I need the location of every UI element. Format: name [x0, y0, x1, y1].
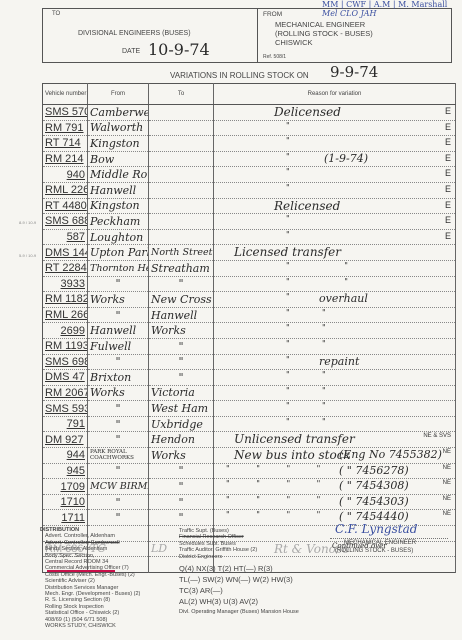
from-cell: "	[88, 510, 149, 526]
from-cell: "	[88, 307, 149, 323]
reason-cell: " " " "( " 7454308)NE	[214, 479, 456, 495]
table-row: DMS 47Brixton"""	[43, 370, 456, 386]
reason-text: Delicensed	[274, 105, 341, 119]
distribution-list-middle: Traffic Supt. (Buses)Financial Research …	[179, 528, 299, 615]
vehicle-number-cell: RM 791	[43, 120, 88, 136]
table-row: RM 1182WorksNew Cross"overhaul	[43, 292, 456, 308]
reason-text: " " " "	[226, 510, 332, 519]
variations-table: Vehicle number From To Reason for variat…	[42, 83, 456, 573]
to-cell: Streatham	[149, 260, 214, 276]
table-row: 791"Uxbridge""	[43, 416, 456, 432]
reason-note: "	[322, 370, 326, 379]
to-cell: "	[149, 338, 214, 354]
vehicle-number-cell: DM 927	[43, 432, 88, 448]
reason-text: "	[286, 417, 316, 426]
to-label: TO	[52, 11, 60, 17]
distribution-item: District Engineers	[179, 554, 299, 560]
reason-cell: DelicensedE	[214, 105, 456, 121]
reason-text: " " " "	[226, 495, 332, 504]
to-cell: "	[149, 479, 214, 495]
from-cell: "	[88, 463, 149, 479]
to-cell: North Street	[149, 245, 214, 261]
from-cell: PARK ROYAL COACHWORKS	[88, 448, 149, 464]
reason-cell: ""	[214, 323, 456, 339]
reason-note: ( " 7456278)	[339, 464, 409, 477]
annotation-initials-second: Mel CLO JAH	[322, 9, 377, 18]
reason-text: "	[286, 308, 316, 317]
signature: C.F. Lyngstad	[335, 522, 417, 536]
from-cell: Kingston	[88, 198, 149, 214]
reason-text: "	[286, 401, 316, 410]
reason-cell: ""	[214, 338, 456, 354]
to-cell: "	[149, 354, 214, 370]
table-row: 1710""" " " "( " 7454303)NE	[43, 494, 456, 510]
variation-code: E	[445, 168, 451, 178]
vehicle-number-cell: 3933	[43, 276, 88, 292]
variation-code: E	[445, 231, 451, 241]
from-cell: Brixton	[88, 370, 149, 386]
reason-cell: "E	[214, 182, 456, 198]
vehicle-number-cell: RM 214	[43, 151, 88, 167]
distribution-item: WORKS STUDY, CHISWICK	[45, 623, 140, 629]
reason-cell: RelicensedE	[214, 198, 456, 214]
from-cell: "	[88, 276, 149, 292]
table-row: DM 927"HendonUnlicensed transferNE & SVS	[43, 432, 456, 448]
vehicle-number-cell: RM 1193	[43, 338, 88, 354]
header-vehicle-number: Vehicle number	[43, 84, 88, 105]
reason-cell: "E	[214, 214, 456, 230]
from-cell: Upton Park	[88, 245, 149, 261]
margin-note: 8-9 / 10-9	[19, 220, 36, 225]
depot-allocation-line: TL(—) SW(2) WN(—) W(2) HW(3)	[179, 574, 299, 585]
reason-cell: "overhaul	[214, 292, 456, 308]
to-cell: "	[149, 494, 214, 510]
vehicle-number-cell: RT 714	[43, 136, 88, 152]
variation-code: E	[445, 215, 451, 225]
vehicle-number-cell: SMS 688	[43, 214, 88, 230]
reason-text: "	[286, 355, 316, 364]
reason-text: Relicensed	[274, 199, 340, 213]
vehicle-number-cell: RM 1182	[43, 292, 88, 308]
variation-code: NE	[443, 496, 451, 502]
to-cell: Hanwell	[149, 307, 214, 323]
vehicle-number-cell: RML 2266	[43, 182, 88, 198]
table-row: SMS 698"""repaint	[43, 354, 456, 370]
reason-text: " " " "	[226, 479, 332, 488]
from-cell: Kingston	[88, 136, 149, 152]
reason-note: (1-9-74)	[324, 152, 368, 165]
table-row: SMS 593"West Ham""	[43, 401, 456, 417]
from-cell: "	[88, 354, 149, 370]
vehicle-number-cell: 944	[43, 448, 88, 464]
reason-text: "	[286, 136, 316, 145]
vehicle-number-cell: DMS 1449	[43, 245, 88, 261]
reason-note: repaint	[319, 355, 359, 368]
reason-cell: Licensed transfer	[214, 245, 456, 261]
from-cell: Middle Row	[88, 167, 149, 183]
variation-code: NE	[443, 465, 451, 471]
to-cell: "	[149, 463, 214, 479]
reason-note: "	[322, 386, 326, 395]
reason-cell: "E	[214, 167, 456, 183]
reason-text: " " " "	[226, 464, 332, 473]
reason-text: Licensed transfer	[234, 245, 341, 259]
depot-allocation-line: AL(2) WH(3) U(3) AV(2)	[179, 596, 299, 607]
reason-cell: "E	[214, 136, 456, 152]
reason-cell: " "	[214, 276, 456, 292]
vehicle-number-cell: SMS 570	[43, 105, 88, 121]
to-cell: "	[149, 370, 214, 386]
table-row: RT 4480KingstonRelicensedE	[43, 198, 456, 214]
annotation-initials: MM | CWF | A.M | M. Marshall	[322, 0, 447, 9]
reason-note: (Eng No 7455382)	[339, 448, 442, 461]
table-row: RT 714Kingston"E	[43, 136, 456, 152]
reason-cell: ""	[214, 385, 456, 401]
reason-cell: ""	[214, 416, 456, 432]
reason-cell: "repaint	[214, 354, 456, 370]
reason-cell: ""	[214, 370, 456, 386]
to-cell: Hendon	[149, 432, 214, 448]
reason-text: "	[286, 339, 316, 348]
vehicle-number-cell: RML 2667	[43, 307, 88, 323]
reason-text: Unlicensed transfer	[234, 432, 355, 446]
from-label: FROM	[263, 11, 282, 18]
reason-text: "	[286, 230, 316, 239]
vehicle-number-cell: 587	[43, 229, 88, 245]
variation-code: E	[445, 200, 451, 210]
to-cell: Uxbridge	[149, 416, 214, 432]
from-cell: Works	[88, 292, 149, 308]
to-cell: Victoria	[149, 385, 214, 401]
to-cell	[149, 151, 214, 167]
from-cell: Fulwell	[88, 338, 149, 354]
reason-cell: " "	[214, 260, 456, 276]
margin-note: 5-9 / 10-9	[19, 253, 36, 258]
variations-title: VARIATIONS IN ROLLING STOCK ON	[170, 71, 309, 80]
table-row: DMS 1449Upton ParkNorth StreetLicensed t…	[43, 245, 456, 261]
vehicle-number-cell: 791	[43, 416, 88, 432]
from-cell: Walworth	[88, 120, 149, 136]
variation-code: E	[445, 106, 451, 116]
table-header-row: Vehicle number From To Reason for variat…	[43, 84, 456, 105]
from-cell: Peckham	[88, 214, 149, 230]
to-cell: "	[149, 276, 214, 292]
depot-allocation-line: Q(4) NX(3) T(2) HT(—) R(3)	[179, 563, 299, 574]
vehicle-number-cell: SMS 593	[43, 401, 88, 417]
reason-note: "	[322, 339, 326, 348]
reason-cell: New bus into stock(Eng No 7455382)NE	[214, 448, 456, 464]
reason-text: "	[286, 167, 316, 176]
to-cell	[149, 182, 214, 198]
reason-text: " "	[286, 261, 374, 270]
variation-code: NE	[443, 449, 451, 455]
table-row: 1709MCW BIRMINGHAM"" " " "( " 7454308)NE	[43, 479, 456, 495]
date-value: 10-9-74	[148, 40, 210, 59]
table-row: SMS 570CamberwellDelicensedE	[43, 105, 456, 121]
vehicle-number-cell: 2699	[43, 323, 88, 339]
header-to: To	[149, 84, 214, 105]
date-label: DATE	[122, 48, 140, 55]
from-cell: Thornton Heath	[88, 260, 149, 276]
depot-allocation-line: TC(3) AR(—)	[179, 585, 299, 596]
to-cell: New Cross	[149, 292, 214, 308]
from-cell: MCW BIRMINGHAM	[88, 479, 149, 495]
reason-text: "	[286, 292, 316, 301]
reason-text: " "	[286, 277, 374, 286]
reason-text: "	[286, 121, 316, 130]
table-row: 945""" " " "( " 7456278)NE	[43, 463, 456, 479]
table-row: 2699HanwellWorks""	[43, 323, 456, 339]
vehicle-number-cell: RT 4480	[43, 198, 88, 214]
reason-cell: ""	[214, 307, 456, 323]
variation-code: E	[445, 153, 451, 163]
from-cell: Loughton	[88, 229, 149, 245]
reference-number: Ref. 508/1	[263, 54, 286, 60]
to-cell	[149, 229, 214, 245]
from-cell: "	[88, 432, 149, 448]
variation-code: NE & SVS	[423, 433, 451, 439]
to-cell: Works	[149, 323, 214, 339]
from-cell: Hanwell	[88, 182, 149, 198]
to-cell	[149, 167, 214, 183]
to-cell: Works	[149, 448, 214, 464]
variations-date: 9-9-74	[330, 63, 378, 81]
reason-cell: Unlicensed transferNE & SVS	[214, 432, 456, 448]
to-cell	[149, 136, 214, 152]
reason-note: ( " 7454303)	[339, 495, 409, 508]
from-cell: Hanwell	[88, 323, 149, 339]
reason-text: "	[286, 214, 316, 223]
reason-cell: " " " "( " 7456278)NE	[214, 463, 456, 479]
highlight-underline	[47, 570, 115, 572]
to-cell	[149, 105, 214, 121]
table-row: RM 1193Fulwell"""	[43, 338, 456, 354]
signature-line	[330, 538, 448, 539]
to-value: DIVISIONAL ENGINEERS (BUSES)	[78, 30, 191, 37]
table-row: 3933""" "	[43, 276, 456, 292]
reason-cell: " " " "( " 7454303)NE	[214, 494, 456, 510]
to-cell: West Ham	[149, 401, 214, 417]
reason-text: "	[286, 370, 316, 379]
vehicle-number-cell: 1709	[43, 479, 88, 495]
from-cell: Camberwell	[88, 105, 149, 121]
reason-cell: "E	[214, 120, 456, 136]
variation-code: NE	[443, 480, 451, 486]
reason-text: "	[286, 183, 316, 192]
table-row: RML 2667"Hanwell""	[43, 307, 456, 323]
to-cell	[149, 120, 214, 136]
reason-cell: "(1-9-74)E	[214, 151, 456, 167]
reason-text: "	[286, 323, 316, 332]
table-row: 944PARK ROYAL COACHWORKSWorksNew bus int…	[43, 448, 456, 464]
variation-code: E	[445, 137, 451, 147]
from-cell: Works	[88, 385, 149, 401]
to-cell: "	[149, 510, 214, 526]
reason-text: New bus into stock	[234, 448, 351, 462]
variation-code: E	[445, 184, 451, 194]
table-row: RM 214Bow"(1-9-74)E	[43, 151, 456, 167]
header-divider	[257, 8, 258, 63]
from-cell: "	[88, 494, 149, 510]
reason-cell: ""	[214, 401, 456, 417]
variation-code: E	[445, 122, 451, 132]
reason-cell: "E	[214, 229, 456, 245]
table-row: SMS 688Peckham"E	[43, 214, 456, 230]
from-address: MECHANICAL ENGINEER (ROLLING STOCK - BUS…	[275, 20, 373, 47]
from-cell: "	[88, 416, 149, 432]
distribution-list: DISTRIBUTION Advert. Controller, Aldenha…	[40, 527, 140, 630]
reason-note: "	[322, 308, 326, 317]
signature-title-2: (ROLLING STOCK - BUSES)	[335, 548, 413, 554]
vehicle-number-cell: 945	[43, 463, 88, 479]
vehicle-number-cell: DMS 47	[43, 370, 88, 386]
from-cell: "	[88, 401, 149, 417]
to-cell	[149, 198, 214, 214]
table-row: RM 791Walworth"E	[43, 120, 456, 136]
reason-note: "	[322, 417, 326, 426]
from-cell: Bow	[88, 151, 149, 167]
vehicle-number-cell: 1711	[43, 510, 88, 526]
reason-note: ( " 7454308)	[339, 479, 409, 492]
table-row: RT 2284Thornton HeathStreatham" "	[43, 260, 456, 276]
distribution-footer: Divl. Operating Manager (Buses) Mansion …	[179, 609, 299, 615]
to-cell	[149, 214, 214, 230]
reason-text: "	[286, 152, 316, 161]
vehicle-number-cell: RT 2284	[43, 260, 88, 276]
vehicle-number-cell: SMS 698	[43, 354, 88, 370]
reason-note: overhaul	[319, 292, 368, 305]
table-row: RM 2067WorksVictoria""	[43, 385, 456, 401]
vehicle-number-cell: 940	[43, 167, 88, 183]
reason-text: "	[286, 386, 316, 395]
header-reason: Reason for variation	[214, 84, 456, 105]
variation-code: NE	[443, 511, 451, 517]
table-row: 587Loughton"E	[43, 229, 456, 245]
reason-note: "	[322, 323, 326, 332]
vehicle-number-cell: 1710	[43, 494, 88, 510]
signature-title: MECHANICAL ENGINEER	[344, 540, 416, 546]
header-from: From	[88, 84, 149, 105]
reason-note: "	[322, 401, 326, 410]
vehicle-number-cell: RM 2067	[43, 385, 88, 401]
table-row: RML 2266Hanwell"E	[43, 182, 456, 198]
table-row: 940Middle Row"E	[43, 167, 456, 183]
